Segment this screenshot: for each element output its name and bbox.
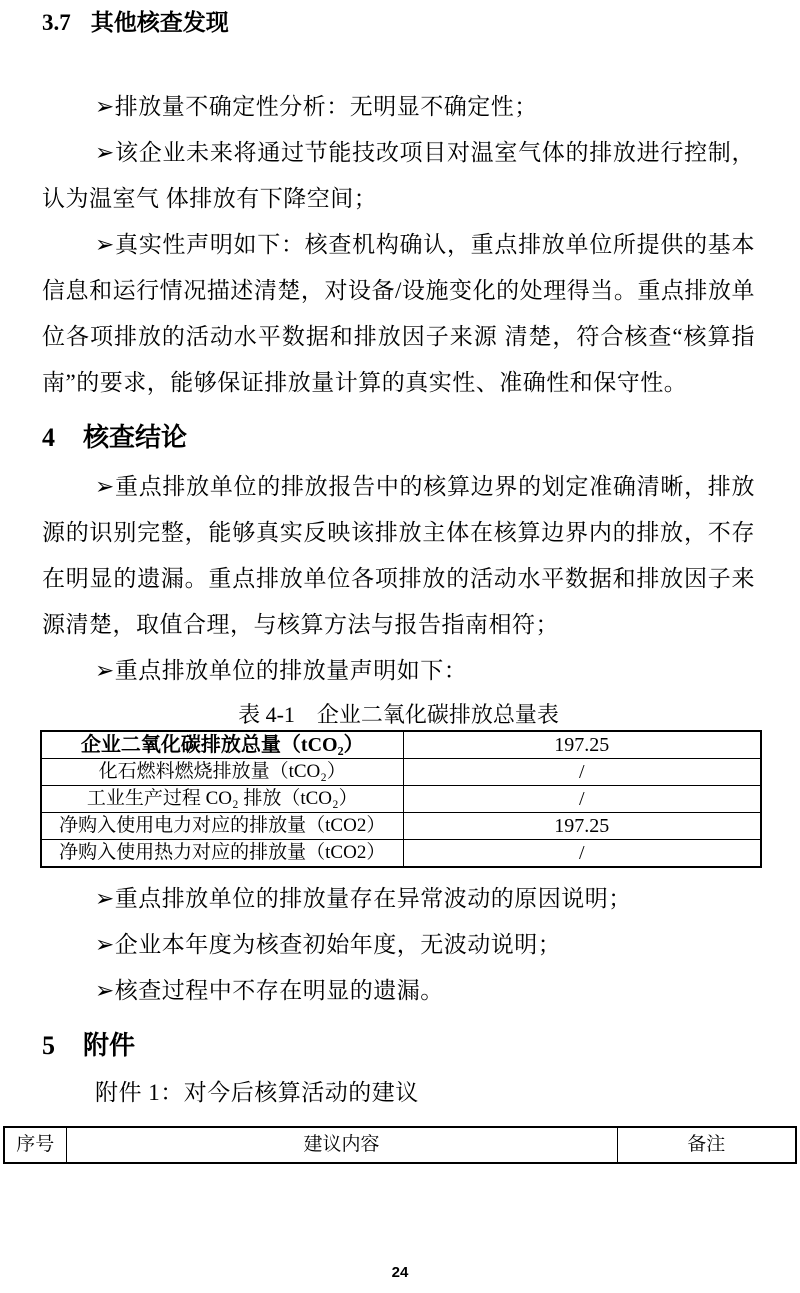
section-4-after-table: ➢重点排放单位的排放量存在异常波动的原因说明； ➢企业本年度为核查初始年度，无波… xyxy=(42,876,755,1014)
table-4-1-caption: 表 4-1 企业二氧化碳排放总量表 xyxy=(42,700,755,730)
bullet-future-control: ➢该企业未来将通过节能技改项目对温室气体的排放进行控制，认为温室气 体排放有下降… xyxy=(42,130,755,222)
bullet-emission-declaration: ➢重点排放单位的排放量声明如下： xyxy=(42,648,755,694)
section-5-title: 附件 xyxy=(83,1031,135,1060)
row-value-heat: / xyxy=(403,840,761,868)
section-5-number: 5 xyxy=(42,1031,55,1060)
suggestions-table: 序号 建议内容 备注 xyxy=(3,1126,797,1164)
section-5-heading: 5附件 xyxy=(42,1028,755,1064)
section-4-heading: 4核查结论 xyxy=(42,420,755,456)
bullet-authenticity-statement: ➢真实性声明如下：核查机构确认，重点排放单位所提供的基本信息和运行情况描述清楚，… xyxy=(42,222,755,406)
row-value-fossil-fuel: / xyxy=(403,759,761,786)
document-page: 3.7其他核查发现 ➢排放量不确定性分析：无明显不确定性； ➢该企业未来将通过节… xyxy=(0,0,800,1293)
row-label-industrial-process: 工业生产过程 CO₂ 排放（tCO₂） xyxy=(41,786,403,813)
section-3-7-body: ➢排放量不确定性分析：无明显不确定性； ➢该企业未来将通过节能技改项目对温室气体… xyxy=(42,84,755,406)
suggestions-header-row: 序号 建议内容 备注 xyxy=(4,1127,796,1163)
table-row-fossil-fuel: 化石燃料燃烧排放量（tCO₂） / xyxy=(41,759,761,786)
bullet-initial-year: ➢企业本年度为核查初始年度，无波动说明； xyxy=(42,922,755,968)
row-label-heat: 净购入使用热力对应的排放量（tCO2） xyxy=(41,840,403,868)
table-row-electricity: 净购入使用电力对应的排放量（tCO2） 197.25 xyxy=(41,813,761,840)
bullet-uncertainty-analysis: ➢排放量不确定性分析：无明显不确定性； xyxy=(42,84,755,130)
row-value-electricity: 197.25 xyxy=(403,813,761,840)
table-row-industrial-process: 工业生产过程 CO₂ 排放（tCO₂） / xyxy=(41,786,761,813)
bullet-fluctuation-reason: ➢重点排放单位的排放量存在异常波动的原因说明； xyxy=(42,876,755,922)
section-3-7-heading: 3.7其他核查发现 xyxy=(42,8,755,38)
section-4-body: ➢重点排放单位的排放报告中的核算边界的划定准确清晰，排放源的识别完整，能够真实反… xyxy=(42,464,755,694)
row-value-total: 197.25 xyxy=(403,731,761,759)
row-label-electricity: 净购入使用电力对应的排放量（tCO2） xyxy=(41,813,403,840)
section-3-7-number: 3.7 xyxy=(42,10,71,35)
section-4-title: 核查结论 xyxy=(83,423,187,452)
row-label-total: 企业二氧化碳排放总量（tCO₂） xyxy=(41,731,403,759)
section-3-7-title: 其他核查发现 xyxy=(91,10,229,35)
table-row-heat: 净购入使用热力对应的排放量（tCO2） / xyxy=(41,840,761,868)
col-header-serial-number: 序号 xyxy=(4,1127,66,1163)
page-number: 24 xyxy=(0,1264,800,1281)
bullet-conclusion-boundary: ➢重点排放单位的排放报告中的核算边界的划定准确清晰，排放源的识别完整，能够真实反… xyxy=(42,464,755,648)
attachment-1-line: 附件 1：对今后核算活动的建议 xyxy=(42,1070,755,1116)
col-header-suggestion-content: 建议内容 xyxy=(66,1127,617,1163)
bullet-no-omission: ➢核查过程中不存在明显的遗漏。 xyxy=(42,968,755,1014)
col-header-remarks: 备注 xyxy=(617,1127,796,1163)
row-label-fossil-fuel: 化石燃料燃烧排放量（tCO₂） xyxy=(41,759,403,786)
row-value-industrial-process: / xyxy=(403,786,761,813)
emissions-total-table: 企业二氧化碳排放总量（tCO₂） 197.25 化石燃料燃烧排放量（tCO₂） … xyxy=(40,730,762,868)
table-row-total: 企业二氧化碳排放总量（tCO₂） 197.25 xyxy=(41,731,761,759)
section-4-number: 4 xyxy=(42,423,55,452)
